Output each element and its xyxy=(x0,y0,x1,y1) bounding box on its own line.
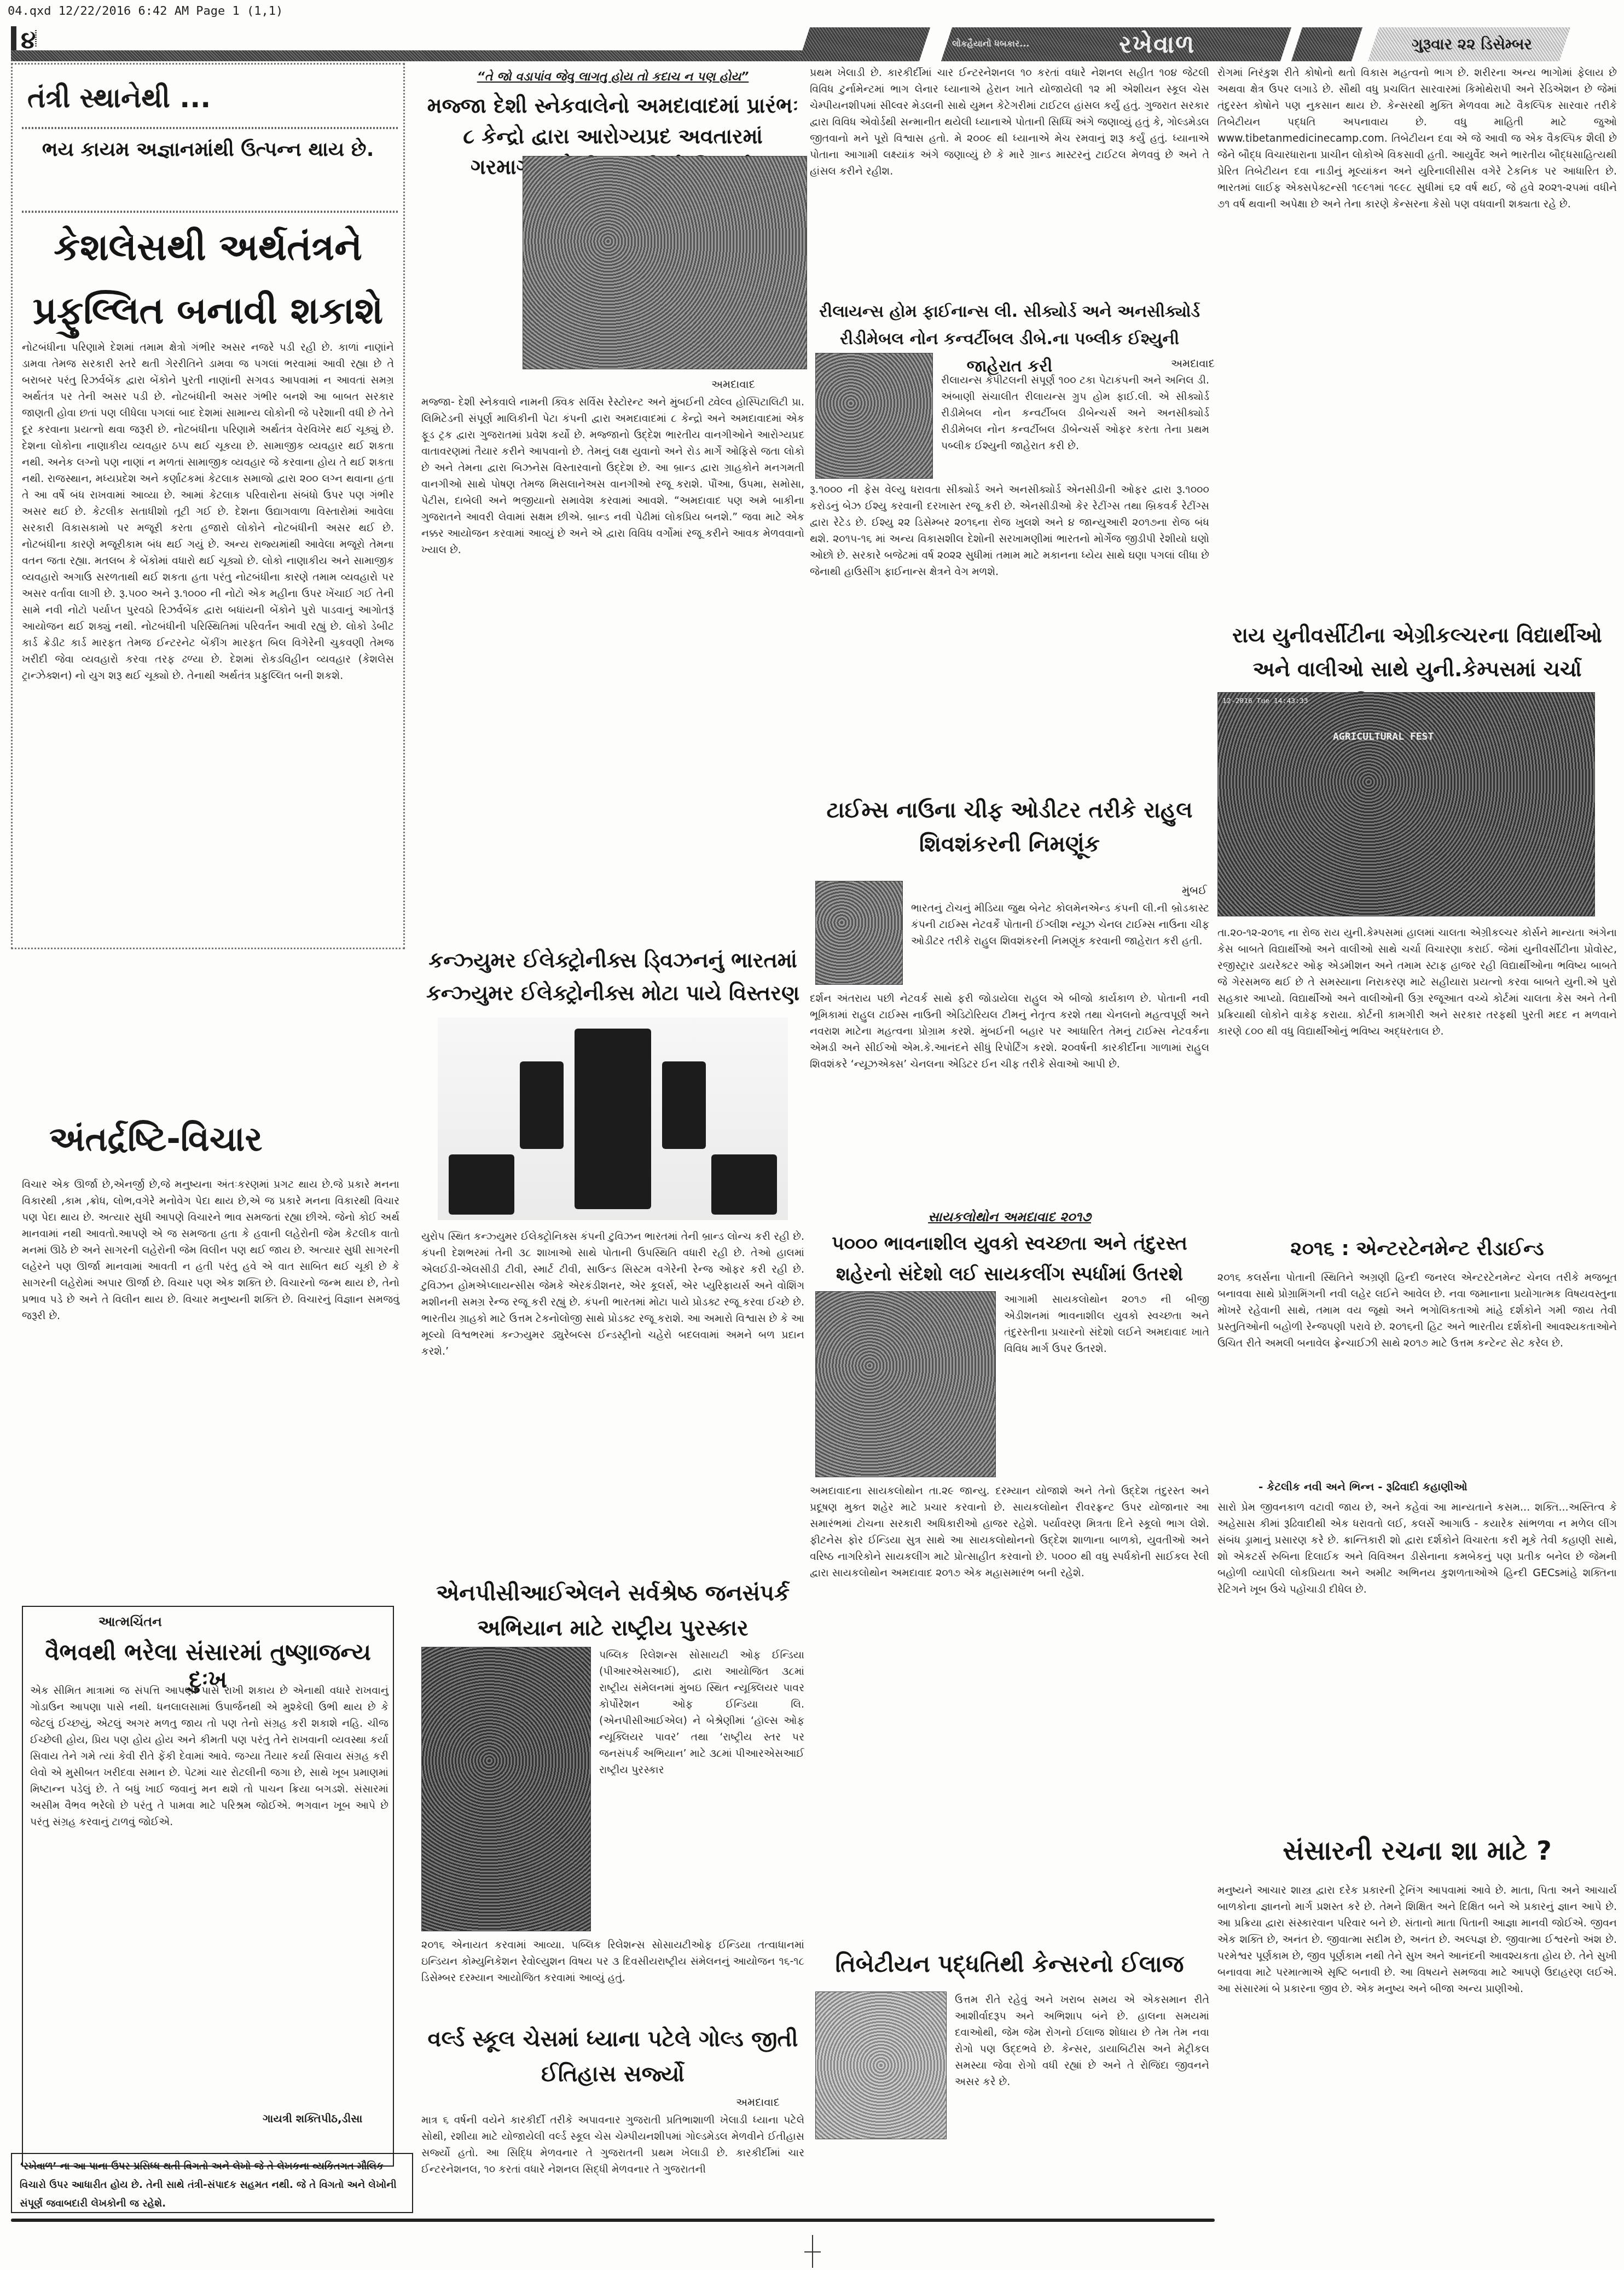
file-metadata: 04.qxd 12/22/2016 6:42 AM Page 1 (1,1) xyxy=(8,4,283,18)
photo-timestamp: 12-2016 Tue 14:43:33 xyxy=(1222,697,1308,705)
photo-banner-text: AGRICULTURAL FEST xyxy=(1333,731,1434,742)
snack-article-dateline: અમદાવાદ xyxy=(711,378,755,391)
page-marker xyxy=(35,30,37,47)
aatma-chintan-body: એક સીમિત માત્રામાં જ સંપત્તિ આપણી પાસે ર… xyxy=(30,1682,388,1830)
registration-mark-icon xyxy=(804,2235,821,2268)
editorial-body: નોટબંધીના પરિણામે દેશમાં તમામ ક્ષેત્રો ગ… xyxy=(22,339,394,684)
aatma-chintan-author: ગાયત્રી શક્તિપીઠ,ડીસા xyxy=(263,2112,362,2125)
masthead-stripe xyxy=(1291,27,1362,61)
sansar-article-headline: સંસારની રચના શા માટે ? xyxy=(1217,1836,1617,1867)
editorial-section-title: તંત્રી સ્થાનેથી ... xyxy=(27,82,211,114)
snack-launch-photo xyxy=(523,156,807,369)
disclaimer: ‘રખેવાળ’ ના આ પાના ઉપર પ્રસિધ્ધ થતી વિગત… xyxy=(11,2153,413,2213)
times-now-article-headline: ટાઈમ્સ નાઉના ચીફ ઓડીટર તરીકે રાહુલ શિવશં… xyxy=(810,793,1209,861)
masthead-tagline: લોકહૈયાનો ધબકાર... xyxy=(952,38,1029,49)
snack-article-kicker: “તે જો વડાપાંવ જેવુ લાગતુ હોય તો કદાચ ન … xyxy=(421,70,804,84)
npcil-article-body-cont: ૨૦૧૬ એનાયત કરવામાં આવ્યા. પબ્લિક રિલેશન્… xyxy=(421,1937,804,1986)
cyclothon-article-body-cont: અમદાવાદના સાયકલોથોન તા.૨૯ જાન્યુ. દરમ્યા… xyxy=(810,1483,1209,1581)
electronics-article-body: યુરોપ સ્થિત કન્ઝ્યુમર ઈલેક્ટ્રોનિક્સ કંપ… xyxy=(421,1228,804,1360)
masthead-stripe xyxy=(799,27,930,61)
editorial-headline: કેશલેસથી અર્થતંત્રને પ્રફુલ્લિત બનાવી શક… xyxy=(22,216,394,343)
masthead: લોકહૈયાનો ધબકાર... રખેવાળ ગુરૂવાર ૨૨ ડિસ… xyxy=(821,27,1624,61)
entertainment-body-cont: સારો પ્રેમ જીવનકાળ વટાવી જાય છે, અને કહે… xyxy=(1217,1499,1617,1598)
footer-rule xyxy=(11,2219,1215,2222)
speaker-right-icon xyxy=(662,1061,706,1149)
entertainment-subhead: - કેટલીક નવી અને ભિન્ન - રૂઢિવાદી કહાણીઓ xyxy=(1258,1480,1468,1493)
satellite-speaker-icon xyxy=(449,1154,514,1215)
npcil-article-headline: એનપીસીઆઈએલને સર્વશ્રેષ્ઠ જનસંપર્ક અભિયાન… xyxy=(421,1576,804,1646)
snack-article-body: મજ્જા- દેશી સ્નેકવાલે નામની ક્વિક સર્વિસ… xyxy=(421,394,804,558)
executive-portrait-photo xyxy=(815,353,933,479)
cyclothon-article-headline: ૫૦૦૦ ભાવનાશીલ યુવકો સ્વચ્છતા અને તંદુરસ્… xyxy=(810,1228,1209,1290)
entertainment-headline: ૨૦૧૬ : એન્ટરટેનમેન્ટ રીડાઈન્ડ xyxy=(1217,1238,1617,1261)
aatma-chintan-label: આત્મચિંતન xyxy=(98,1614,162,1629)
entertainment-body: ૨૦૧૬ કલર્સના પોતાની સ્થિતિને અગ્રણી હિન્… xyxy=(1217,1269,1617,1351)
speaker-left-icon xyxy=(520,1061,564,1149)
thought-section-body: વિચાર એક ઊર્જા છે,એનર્જી છે,જે મનુષ્યના … xyxy=(22,1176,399,1324)
newspaper-logo: રખેવાળ xyxy=(1119,31,1195,59)
npcil-article-body: પબ્લિક રિલેશન્સ સોસાયટી ઓફ ઈન્ડિયા (પીઆર… xyxy=(599,1647,804,1778)
times-now-article-dateline: મુંબઈ xyxy=(1182,884,1207,897)
times-now-article-body-cont: દર્શન અંતરાય પછી નેટવર્ક સાથે ફરી જોડાયે… xyxy=(810,990,1209,1072)
tibetan-cancer-headline: તિબેટીયન પદ્ધતિથી કેન્સરનો ઈલાજ xyxy=(810,1950,1209,1978)
rahul-portrait-photo xyxy=(815,881,903,985)
dotted-divider xyxy=(22,211,399,213)
cyclothon-kicker: સાયકલોથોન અમદાવાદ ૨૦૧૭ xyxy=(810,1209,1209,1224)
cyclothon-article-body: આગામી સાયકલોથોન ૨૦૧૭ ની બીજી એડીશનમાં ભા… xyxy=(1004,1291,1209,1357)
rai-university-body: તા.૨૦-૧૨-૨૦૧૬ ના રોજ રાય યુની.કેમ્પસમાં … xyxy=(1217,925,1617,1040)
cyclothon-group-photo xyxy=(815,1291,996,1477)
chess-article-body: માત્ર ૬ વર્ષની વયેને કારકીર્દી તરીકે અપા… xyxy=(421,2112,804,2178)
award-ceremony-photo xyxy=(421,1647,591,1931)
reliance-article-dateline: અમદાવાદ xyxy=(1171,357,1215,370)
chess-article-headline: વર્લ્ડ સ્કૂલ ચેસમાં ધ્યાના પટેલે ગોલ્ડ જ… xyxy=(421,2022,804,2092)
thought-section-title: અંતર્દ્રષ્ટિ-વિચાર xyxy=(49,1119,263,1159)
chess-article-dateline: અમદાવાદ xyxy=(736,2095,780,2109)
editorial-quote: ભય કાયમ અજ્ઞાનમાંથી ઉત્પન્ન થાય છે. xyxy=(33,134,383,166)
electronics-article-headline: કન્ઝ્યુમર ઈલેક્ટ્રોનીક્સ ડ્વિઝનનું ભારતમ… xyxy=(421,944,804,1009)
issue-date: ગુરૂવાર ૨૨ ડિસેમ્બર xyxy=(1412,35,1532,54)
satellite-speaker-icon xyxy=(711,1154,777,1215)
speaker-tower-icon xyxy=(575,1029,651,1209)
reliance-article-body-cont: રૂ.૧૦૦૦ ની ફેસ વેલ્યુ ધરાવતા સીક્યોર્ડ અ… xyxy=(810,481,1209,580)
speaker-system-photo xyxy=(438,1018,788,1220)
reliance-article-body: રીલાયન્સ કેપીટલની સંપૂર્ણ ૧૦૦ ટકા પેટાકં… xyxy=(941,372,1209,454)
tibetan-cancer-continued: રોગમાં નિરંકુશ રીતે કોષોનો થતો વિકાસ મહત… xyxy=(1217,65,1617,212)
tibetan-cancer-body: ઉત્તમ રીતે રહેવું અને ખરાબ સમય એ એકસમાન … xyxy=(955,1992,1209,2090)
header-rule xyxy=(11,50,870,61)
times-now-article-body: ભારતનું ટોચનું મીડિયા જુથ બેનેટ કોલમેનએન… xyxy=(911,900,1209,949)
tibetan-medicine-photo xyxy=(815,1992,947,2139)
chess-article-continued: પ્રથમ ખેલાડી છે. કારકીર્દીમાં ચાર ઈન્ટરન… xyxy=(810,65,1209,179)
sansar-article-body: મનુષ્યને આચાર શાસ્ત્ર દ્વારા દરેક પ્રકાર… xyxy=(1217,1882,1617,1997)
dotted-divider xyxy=(22,127,399,129)
university-campus-photo: 12-2016 Tue 14:43:33 AGRICULTURAL FEST xyxy=(1217,692,1595,916)
